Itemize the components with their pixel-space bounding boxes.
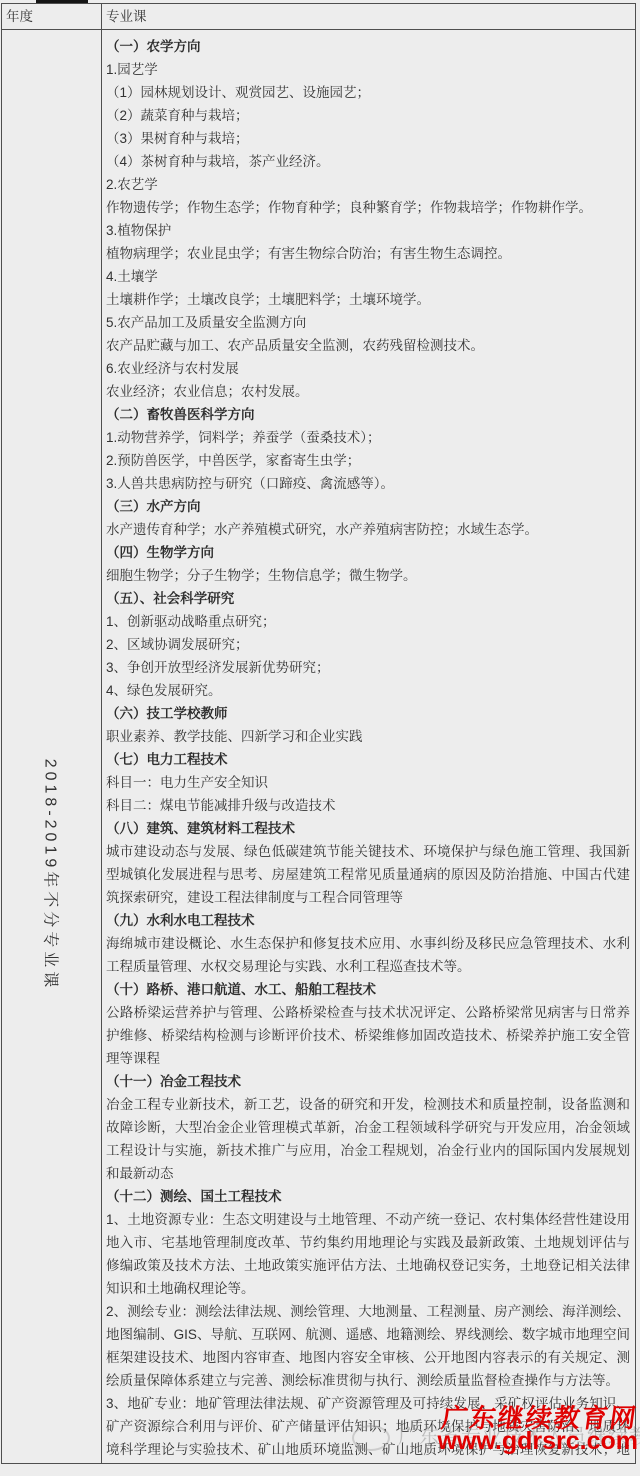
course-table: 年度 专业课 2018-2019年不分专业课 （一）农学方向1.园艺学（1）园林… bbox=[1, 3, 636, 1464]
course-header-cell: 专业课 bbox=[102, 4, 635, 29]
course-line: （2）蔬菜育种与栽培； bbox=[106, 104, 630, 127]
course-line: 细胞生物学；分子生物学；生物信息学；微生物学。 bbox=[106, 564, 630, 587]
course-line: 4、绿色发展研究。 bbox=[106, 679, 630, 702]
course-line: 2、区域协调发展研究； bbox=[106, 633, 630, 656]
course-line: 2.农艺学 bbox=[106, 173, 630, 196]
course-line: 1.园艺学 bbox=[106, 58, 630, 81]
course-section-heading: （三）水产方向 bbox=[106, 495, 630, 518]
course-section-heading: （六）技工学校教师 bbox=[106, 702, 630, 725]
course-line: 2.预防兽医学，中兽医学，家畜寄生虫学； bbox=[106, 449, 630, 472]
course-line: 科目二：煤电节能减排升级与改造技术 bbox=[106, 794, 630, 817]
course-line: 农业经济；农业信息；农村发展。 bbox=[106, 380, 630, 403]
course-line: 冶金工程专业新技术，新工艺，设备的研究和开发，检测技术和质量控制，设备监测和故障… bbox=[106, 1093, 630, 1185]
course-line: 海绵城市建设概论、水生态保护和修复技术应用、水事纠纷及移民应急管理技术、水利工程… bbox=[106, 932, 630, 978]
course-section-heading: （一）农学方向 bbox=[106, 35, 630, 58]
course-section-heading: （九）水利水电工程技术 bbox=[106, 909, 630, 932]
course-section-heading: （五）、社会科学研究 bbox=[106, 587, 630, 610]
course-line: 1、创新驱动战略重点研究； bbox=[106, 610, 630, 633]
course-line: 农产品贮藏与加工、农产品质量安全监测，农药残留检测技术。 bbox=[106, 334, 630, 357]
course-line: （4）茶树育种与栽培，茶产业经济。 bbox=[106, 150, 630, 173]
course-line: 1、土地资源专业：生态文明建设与土地管理、不动产统一登记、农村集体经营性建设用地… bbox=[106, 1208, 630, 1300]
course-line: 4.土壤学 bbox=[106, 265, 630, 288]
course-line: 1.动物营养学，饲料学；养蚕学（蚕桑技术）； bbox=[106, 426, 630, 449]
course-line: 职业素养、教学技能、四新学习和企业实践 bbox=[106, 725, 630, 748]
course-line: 作物遗传学；作物生态学；作物育种学；良种繁育学；作物栽培学；作物耕作学。 bbox=[106, 196, 630, 219]
course-line: 科目一：电力生产安全知识 bbox=[106, 771, 630, 794]
course-line: 公路桥梁运营养护与管理、公路桥梁检查与技术状况评定、公路桥梁常见病害与日常养护维… bbox=[106, 1001, 630, 1070]
course-line: 土壤耕作学；土壤改良学；土壤肥料学；土壤环境学。 bbox=[106, 288, 630, 311]
course-section-heading: （十）路桥、港口航道、水工、船舶工程技术 bbox=[106, 978, 630, 1001]
watermark-site-url: www.gdrsrc.com bbox=[437, 1427, 638, 1456]
year-vertical-label: 2018-2019年不分专业课 bbox=[41, 759, 64, 992]
table-body-row: 2018-2019年不分专业课 （一）农学方向1.园艺学（1）园林规划设计、观赏… bbox=[2, 30, 635, 1463]
table-header-row: 年度 专业课 bbox=[2, 4, 635, 30]
course-line: （3）果树育种与栽培； bbox=[106, 127, 630, 150]
course-line: 2、测绘专业：测绘法律法规、测绘管理、大地测量、工程测量、房产测绘、海洋测绘、地… bbox=[106, 1300, 630, 1392]
course-line: 水产遗传育种学；水产养殖模式研究，水产养殖病害防控；水域生态学。 bbox=[106, 518, 630, 541]
watermark-logo-circle bbox=[352, 1425, 390, 1451]
course-list: （一）农学方向1.园艺学（1）园林规划设计、观赏园艺、设施园艺；（2）蔬菜育种与… bbox=[106, 35, 630, 1463]
course-section-heading: （八）建筑、建筑材料工程技术 bbox=[106, 817, 630, 840]
course-section-heading: （十二）测绘、国土工程技术 bbox=[106, 1185, 630, 1208]
page: 年度 专业课 2018-2019年不分专业课 （一）农学方向1.园艺学（1）园林… bbox=[0, 0, 640, 1476]
course-line: 5.农产品加工及质量安全监测方向 bbox=[106, 311, 630, 334]
course-section-heading: （十一）冶金工程技术 bbox=[106, 1070, 630, 1093]
course-section-heading: （二）畜牧兽医科学方向 bbox=[106, 403, 630, 426]
course-line: 3、争创开放型经济发展新优势研究； bbox=[106, 656, 630, 679]
year-cell: 2018-2019年不分专业课 bbox=[2, 30, 102, 1463]
course-line: 3.植物保护 bbox=[106, 219, 630, 242]
course-section-heading: （四）生物学方向 bbox=[106, 541, 630, 564]
course-line: （1）园林规划设计、观赏园艺、设施园艺； bbox=[106, 81, 630, 104]
course-cell: （一）农学方向1.园艺学（1）园林规划设计、观赏园艺、设施园艺；（2）蔬菜育种与… bbox=[102, 30, 635, 1463]
year-header-cell: 年度 bbox=[2, 4, 102, 29]
course-line: 城市建设动态与发展、绿色低碳建筑节能关键技术、环境保护与绿色施工管理、我国新型城… bbox=[106, 840, 630, 909]
course-line: 6.农业经济与农村发展 bbox=[106, 357, 630, 380]
course-section-heading: （七）电力工程技术 bbox=[106, 748, 630, 771]
course-line: 植物病理学；农业昆虫学；有害生物综合防治；有害生物生态调控。 bbox=[106, 242, 630, 265]
course-line: 3.人兽共患病防控与研究（口蹄疫、禽流感等）。 bbox=[106, 472, 630, 495]
